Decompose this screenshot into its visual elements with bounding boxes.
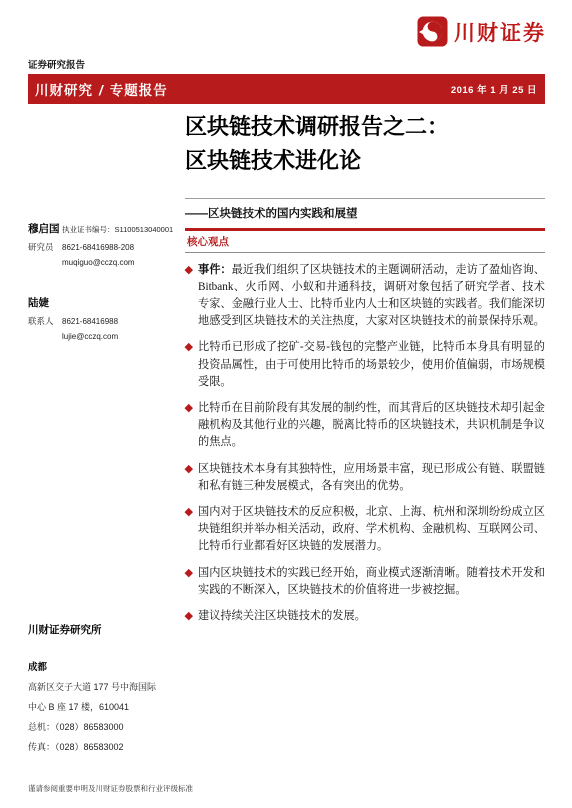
- brand-logo: 川财证券: [417, 16, 546, 47]
- contact-email: lujie@cczq.com: [62, 332, 118, 341]
- footer-office-info: 川财证券研究所 成都 高新区交子大道 177 号中海国际 中心 B 座 17 楼…: [28, 622, 156, 760]
- contact-block: 陆婕 联系人 8621-68416988 lujie@cczq.com: [28, 295, 180, 341]
- bullet-text: 区块链技术本身有其独特性，应用场景丰富，现已形成公有链、联盟链和私有链三种发展模…: [198, 463, 545, 492]
- contact-name: 陆婕: [28, 295, 62, 310]
- report-page: 川财证券 证券研究报告 川财研究/专题报告 2016 年 1 月 25 日 区块…: [0, 0, 572, 808]
- bullet-text: 比特币已形成了挖矿-交易-钱包的完整产业链，比特币本身具有明显的投资品属性，由于…: [198, 341, 545, 387]
- bullet-item: 事件：最近我们组织了区块链技术的主题调研活动，走访了盈灿咨询、Bitbank、火…: [185, 262, 545, 331]
- bullet-diamond-icon: [185, 568, 193, 576]
- contact-phone: 8621-68416988: [62, 317, 118, 326]
- bullet-item: 区块链技术本身有其独特性，应用场景丰富，现已形成公有链、联盟链和私有链三种发展模…: [185, 461, 545, 495]
- bullet-text: 建议持续关注区块链技术的发展。: [198, 610, 366, 622]
- analyst-cert: 执业证书编号：S1100513040001: [62, 224, 173, 235]
- bullet-diamond-icon: [185, 343, 193, 351]
- analyst-sidebar: 穆启国 执业证书编号：S1100513040001 研究员 8621-68416…: [28, 221, 180, 369]
- bullet-text: 国内区块链技术的实践已经开始，商业模式逐渐清晰。随着技术开发和实践的不断深入，区…: [198, 567, 545, 596]
- bullet-item: 建议持续关注区块链技术的发展。: [185, 608, 545, 625]
- analyst-role: 研究员: [28, 241, 62, 253]
- banner-separator: /: [99, 83, 104, 98]
- office-address: 高新区交子大道 177 号中海国际 中心 B 座 17 楼，610041 总机：…: [28, 680, 156, 755]
- core-viewpoints-section: 核心观点 事件：最近我们组织了区块链技术的主题调研活动，走访了盈灿咨询、Bitb…: [185, 228, 545, 634]
- analyst-name: 穆启国: [28, 221, 62, 236]
- office-fax: 传真：（028）86583002: [28, 740, 156, 755]
- section-title: 核心观点: [185, 231, 545, 252]
- contact-role: 联系人: [28, 315, 62, 327]
- brand-logo-icon: [417, 16, 448, 47]
- office-address-line1: 高新区交子大道 177 号中海国际: [28, 680, 156, 695]
- report-type-label: 证券研究报告: [28, 57, 85, 71]
- analyst-block: 穆启国 执业证书编号：S1100513040001 研究员 8621-68416…: [28, 221, 180, 267]
- analyst-phone: 8621-68416988-208: [62, 243, 134, 252]
- bullet-text: 比特币在目前阶段有其发展的制约性，而其背后的区块链技术却引起金融机构及其他行业的…: [198, 402, 545, 448]
- brand-name: 川财证券: [454, 17, 546, 47]
- bullet-diamond-icon: [185, 265, 193, 273]
- bullet-diamond-icon: [185, 612, 193, 620]
- section-bottom-rule: [185, 252, 545, 253]
- banner-category: 专题报告: [110, 83, 168, 98]
- bullet-diamond-icon: [185, 508, 193, 516]
- header-banner: 川财研究/专题报告 2016 年 1 月 25 日: [28, 74, 545, 104]
- report-title: 区块链技术调研报告之二： 区块链技术进化论: [185, 110, 545, 178]
- office-address-line2: 中心 B 座 17 楼，610041: [28, 700, 156, 715]
- bullet-diamond-icon: [185, 404, 193, 412]
- disclaimer-note: 谨请参阅重要申明及川财证券股票和行业评级标准: [28, 783, 193, 794]
- report-subtitle: ——区块链技术的国内实践和展望: [185, 198, 545, 221]
- bullet-lead: 事件：: [198, 264, 232, 276]
- bullet-text: 最近我们组织了区块链技术的主题调研活动，走访了盈灿咨询、Bitbank、火币网、…: [198, 264, 545, 328]
- research-office-name: 川财证券研究所: [28, 622, 156, 637]
- bullet-item: 国内区块链技术的实践已经开始，商业模式逐渐清晰。随着技术开发和实践的不断深入，区…: [185, 565, 545, 599]
- bullet-item: 比特币在目前阶段有其发展的制约性，而其背后的区块链技术却引起金融机构及其他行业的…: [185, 400, 545, 452]
- report-title-line2: 区块链技术进化论: [185, 144, 545, 178]
- bullet-text: 国内对于区块链技术的反应积极，北京、上海、杭州和深圳纷纷成立区块链组织并举办相关…: [198, 506, 545, 552]
- bullet-item: 国内对于区块链技术的反应积极，北京、上海、杭州和深圳纷纷成立区块链组织并举办相关…: [185, 504, 545, 556]
- banner-series: 川财研究: [35, 83, 93, 98]
- bullet-item: 比特币已形成了挖矿-交易-钱包的完整产业链，比特币本身具有明显的投资品属性，由于…: [185, 339, 545, 391]
- analyst-email: muqiguo@cczq.com: [62, 258, 135, 267]
- report-date: 2016 年 1 月 25 日: [451, 82, 537, 96]
- banner-title: 川财研究/专题报告: [35, 79, 168, 99]
- office-city: 成都: [28, 659, 156, 673]
- bullet-diamond-icon: [185, 464, 193, 472]
- report-title-line1: 区块链技术调研报告之二：: [185, 110, 545, 144]
- bullet-list: 事件：最近我们组织了区块链技术的主题调研活动，走访了盈灿咨询、Bitbank、火…: [185, 262, 545, 626]
- office-phone: 总机：（028）86583000: [28, 720, 156, 735]
